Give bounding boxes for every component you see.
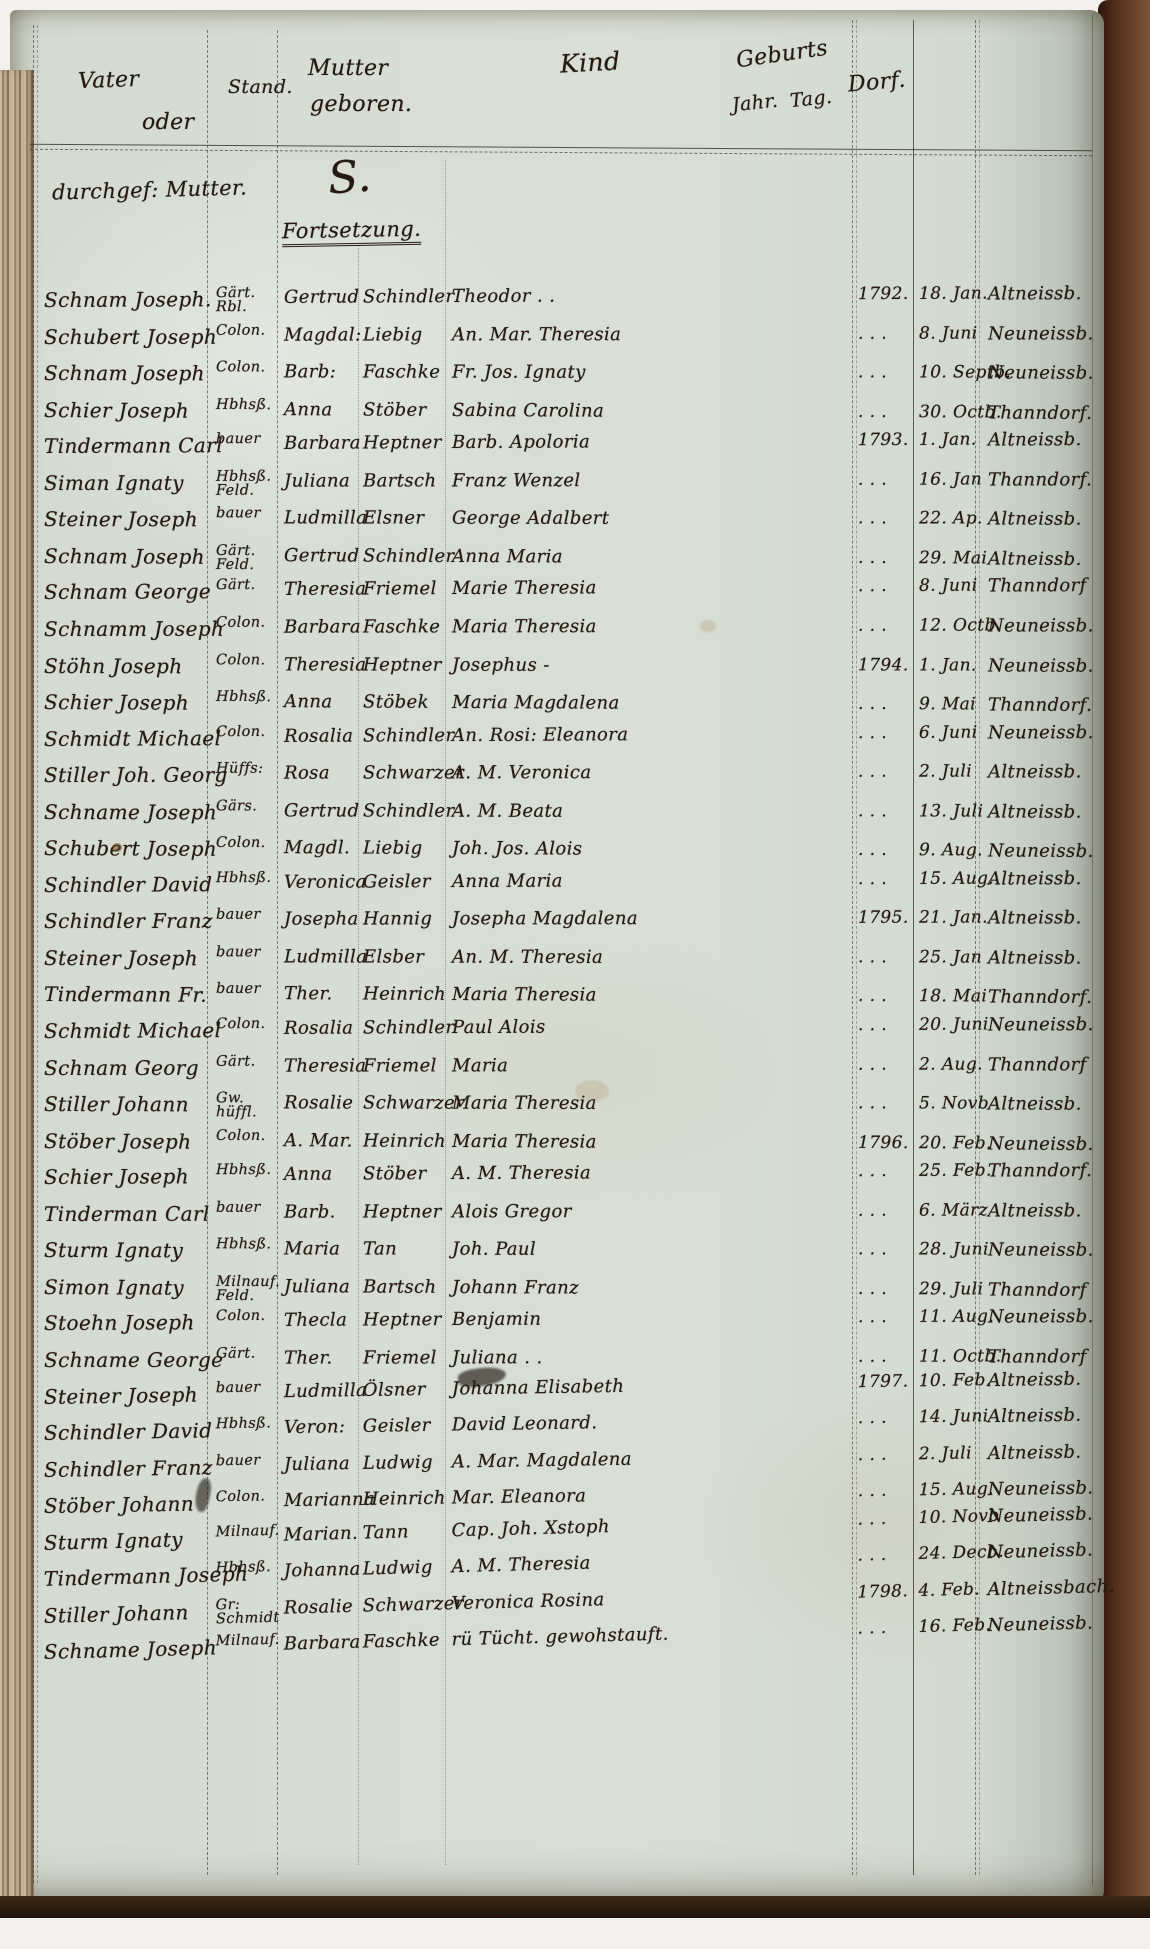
- mother-surname-cell: Schwarzer: [362, 1593, 449, 1616]
- birth-day-cell: 20. Juni: [919, 1015, 983, 1035]
- header-mother-line2: geboren.: [310, 92, 412, 117]
- mother-surname-cell: Friemel: [363, 578, 449, 599]
- father-cell: Schubert Joseph: [44, 836, 214, 861]
- village-cell: Neuneissb.: [987, 1502, 1120, 1526]
- birth-day-cell: 2. Juli: [919, 762, 983, 782]
- mother-given-cell: Rosalie: [283, 1595, 362, 1618]
- stand-cell: Hbhsß.: [215, 1561, 285, 1577]
- father-cell: Steiner Joseph: [44, 507, 214, 531]
- birth-year-cell: . . .: [858, 947, 916, 967]
- birth-year-cell: . . .: [858, 694, 916, 714]
- mother-given-cell: Maria: [284, 1239, 362, 1260]
- birth-day-cell: 20. Feb.: [919, 1133, 983, 1153]
- mother-surname-cell: Heinrich: [363, 1488, 449, 1510]
- birth-year-cell: . . .: [858, 323, 916, 343]
- birth-year-cell: . . .: [858, 801, 916, 821]
- stand-cell: Colon.: [216, 725, 286, 739]
- father-cell: Stöber Johann: [44, 1491, 214, 1518]
- birth-year-cell: 1798.: [857, 1581, 916, 1603]
- mother-surname-cell: Liebig: [363, 838, 449, 859]
- birth-year-cell: . . .: [858, 1161, 916, 1181]
- mother-given-cell: Gertrud: [284, 286, 362, 307]
- child-cell: George Adalbert: [452, 508, 852, 530]
- village-cell: Altneissb.: [988, 548, 1120, 570]
- mother-given-cell: Marian.: [283, 1522, 362, 1545]
- stand-cell: bauer: [216, 1381, 286, 1396]
- father-cell: Siman Ignaty: [44, 470, 214, 494]
- birth-day-cell: 18. Jan.: [919, 284, 983, 304]
- mother-surname-cell: Friemel: [363, 1347, 449, 1368]
- village-cell: Neuneissb.: [988, 1014, 1120, 1036]
- mother-given-cell: Juliana: [284, 470, 362, 491]
- mother-given-cell: Theresia: [284, 654, 362, 675]
- mother-given-cell: Ludmilla: [284, 946, 362, 967]
- father-cell: Schier Joseph: [44, 398, 214, 423]
- subheader-continuation: Fortsetzung.: [282, 217, 422, 247]
- village-cell: Thanndorf.: [988, 402, 1120, 424]
- village-cell: Altneissb.: [988, 283, 1120, 305]
- child-cell: Maria Theresia: [452, 1131, 852, 1154]
- child-cell: Sabina Carolina: [452, 400, 852, 423]
- birth-year-cell: . . .: [858, 1279, 916, 1299]
- father-cell: Schnam George: [44, 580, 214, 605]
- stand-cell: Gärt. Rbl.: [216, 287, 286, 315]
- village-cell: Neuneissb.: [988, 363, 1120, 384]
- register-row: Schname JosephGärs.GertrudSchindlerA. M.…: [0, 800, 1100, 838]
- child-cell: A. M. Beata: [452, 800, 852, 822]
- child-cell: Maria Magdalena: [452, 692, 852, 715]
- birth-day-cell: 29. Mai: [919, 548, 983, 568]
- mother-given-cell: Anna: [284, 691, 362, 712]
- child-cell: Anna Maria: [452, 546, 852, 569]
- birth-day-cell: 11. Aug.: [919, 1307, 983, 1327]
- village-cell: Thanndorf.: [988, 695, 1120, 717]
- birth-year-cell: . . .: [858, 1200, 916, 1220]
- village-cell: Neuneissb.: [988, 1477, 1120, 1500]
- header-stand: Stand.: [228, 76, 293, 98]
- village-cell: Altneissb.: [988, 1404, 1120, 1427]
- stand-cell: Colon.: [216, 324, 286, 338]
- child-cell: Joh. Jos. Alois: [452, 838, 852, 861]
- birth-day-cell: 9. Mai: [919, 694, 983, 714]
- register-row: Stiller Joh. GeorgHüffs:RosaSchwarzerA. …: [0, 761, 1100, 799]
- mother-given-cell: Juliana: [284, 1453, 362, 1475]
- child-cell: An. Rosi: Eleanora: [452, 723, 852, 746]
- child-cell: Juliana . .: [452, 1347, 852, 1369]
- mother-given-cell: Ther.: [284, 1347, 362, 1368]
- mother-surname-cell: Ludwig: [362, 1557, 449, 1580]
- mother-surname-cell: Geisler: [363, 871, 449, 892]
- birth-year-cell: . . .: [858, 548, 916, 568]
- father-cell: Tindermann Joseph: [44, 1563, 215, 1591]
- mother-surname-cell: Faschke: [362, 1630, 449, 1653]
- stand-cell: Gw. hüffl.: [216, 1092, 286, 1120]
- birth-day-cell: 14. Juni: [919, 1406, 983, 1427]
- header-mother-line1: Mutter: [308, 56, 388, 81]
- child-cell: Anna Maria: [452, 869, 852, 892]
- birth-year-cell: . . .: [858, 616, 916, 636]
- child-cell: An. Mar. Theresia: [452, 323, 852, 345]
- father-cell: Stoehn Joseph: [44, 1311, 214, 1336]
- mother-surname-cell: Bartsch: [363, 1276, 449, 1297]
- child-cell: Maria: [452, 1054, 852, 1076]
- birth-day-cell: 21. Jan.: [919, 908, 983, 928]
- stand-cell: bauer: [216, 1454, 286, 1469]
- birth-year-cell: . . .: [858, 469, 916, 489]
- register-row: Schnamm JosephColon.BarbaraFaschkeMaria …: [0, 615, 1100, 653]
- register-row: Siman IgnatyHbhsß. Feld.JulianaBartschFr…: [0, 469, 1100, 507]
- village-cell: Thanndorf.: [988, 469, 1120, 490]
- stand-cell: Hbhsß.: [216, 398, 286, 412]
- father-cell: Schnamm Joseph: [44, 617, 214, 641]
- birth-year-cell: . . .: [858, 576, 916, 596]
- mother-surname-cell: Schindler: [363, 545, 449, 566]
- village-cell: Altneissb.: [988, 1368, 1120, 1391]
- father-cell: Steiner Joseph: [44, 1382, 214, 1409]
- birth-year-cell: . . .: [858, 401, 916, 421]
- stand-cell: Colon.: [216, 617, 286, 631]
- header-father-line2: oder: [142, 110, 194, 135]
- child-cell: Fr. Jos. Ignaty: [452, 362, 852, 384]
- stand-cell: Gärs.: [216, 800, 286, 814]
- stand-cell: bauer: [216, 909, 286, 923]
- village-cell: Altneissb.: [988, 429, 1120, 451]
- mother-surname-cell: Heptner: [363, 654, 449, 675]
- birth-year-cell: . . .: [858, 762, 916, 782]
- mother-surname-cell: Schindler: [363, 800, 449, 821]
- mother-given-cell: Rosalia: [284, 1017, 362, 1038]
- mother-surname-cell: Stöbek: [363, 692, 449, 713]
- register-row: Schnam GeorgeGärt.TheresiaFriemelMarie T…: [0, 575, 1100, 616]
- village-cell: Altneissb.: [988, 761, 1120, 782]
- mother-surname-cell: Elsber: [363, 946, 449, 967]
- register-row: Sturm IgnatyHbhsß.MariaTanJoh. Paul. . .…: [0, 1238, 1100, 1276]
- child-cell: Maria Theresia: [452, 616, 852, 638]
- stand-cell: bauer: [216, 983, 286, 997]
- child-cell: A. M. Theresia: [452, 1161, 852, 1184]
- mother-given-cell: Juliana: [284, 1276, 362, 1297]
- stand-cell: Colon.: [216, 1129, 286, 1143]
- mother-given-cell: Thecla: [284, 1310, 362, 1331]
- register-row: Schnam GeorgGärt.TheresiaFriemelMaria. .…: [0, 1054, 1100, 1092]
- birth-day-cell: 8. Juni: [919, 323, 983, 343]
- header-father-line1: Vater: [78, 67, 140, 94]
- birth-year-cell: . . .: [857, 1617, 916, 1639]
- father-cell: Schubert Joseph: [44, 324, 214, 348]
- child-cell: Marie Theresia: [452, 577, 852, 600]
- mother-given-cell: Barbara: [284, 433, 362, 454]
- mother-given-cell: Anna: [284, 1164, 362, 1185]
- village-cell: Thanndorf.: [988, 987, 1120, 1009]
- birth-year-cell: 1793.: [858, 430, 916, 450]
- stand-cell: Colon.: [216, 654, 286, 668]
- mother-surname-cell: Hannig: [363, 909, 449, 930]
- birth-day-cell: 25. Feb.: [919, 1161, 983, 1181]
- birth-day-cell: 1. Jan.: [919, 655, 983, 675]
- mother-given-cell: Marianna: [284, 1489, 362, 1511]
- father-cell: Stiller Joh. Georg: [44, 763, 214, 787]
- child-cell: A. M. Veronica: [452, 762, 852, 784]
- register-row: Schmidt MichaelColon.RosaliaSchindlerAn.…: [0, 722, 1100, 763]
- child-cell: Franz Wenzel: [452, 469, 852, 491]
- father-cell: Simon Ignaty: [44, 1275, 214, 1300]
- village-cell: Thanndorf: [988, 1054, 1120, 1075]
- village-cell: Neuneissb.: [988, 1306, 1120, 1328]
- header-birth-day: Tag.: [789, 86, 833, 112]
- birth-day-cell: 8. Juni: [919, 576, 983, 596]
- village-cell: Altneissbach.: [987, 1576, 1120, 1600]
- mother-surname-cell: Heptner: [363, 1201, 449, 1222]
- mother-surname-cell: Schwarzer: [363, 762, 449, 783]
- child-cell: Alois Gregor: [452, 1200, 852, 1222]
- village-cell: Neuneissb.: [988, 1240, 1120, 1261]
- village-cell: Neuneissb.: [987, 1612, 1120, 1636]
- mother-given-cell: Rosalie: [284, 1092, 362, 1113]
- father-cell: Schname Joseph: [44, 1636, 215, 1664]
- child-cell: Benjamin: [452, 1308, 852, 1331]
- mother-surname-cell: Ludwig: [363, 1451, 449, 1473]
- birth-year-cell: . . .: [858, 1407, 916, 1428]
- register-row: Stöhn JosephColon.TheresiaHeptnerJosephu…: [0, 653, 1100, 691]
- stand-cell: Gärt. Feld.: [216, 545, 286, 573]
- birth-day-cell: 6. März: [919, 1200, 983, 1220]
- mother-surname-cell: Stöber: [363, 399, 449, 420]
- mother-surname-cell: Heptner: [363, 1309, 449, 1330]
- register-row: Stiller JohannGw. hüffl.RosalieSchwarzer…: [0, 1092, 1100, 1130]
- father-cell: Schier Joseph: [44, 690, 214, 715]
- father-cell: Stiller Johann: [44, 1092, 214, 1116]
- mother-given-cell: Magdal:: [284, 324, 362, 345]
- register-row: Schnam JosephColon.Barb:FaschkeFr. Jos. …: [0, 361, 1100, 399]
- birth-day-cell: 16. Jan: [919, 469, 983, 489]
- mother-given-cell: Veron:: [284, 1416, 362, 1438]
- birth-day-cell: 24. Decb.: [918, 1543, 983, 1565]
- stand-cell: Hbhsß.: [216, 872, 286, 886]
- mother-surname-cell: Tan: [363, 1239, 449, 1260]
- village-cell: Altneissb.: [988, 947, 1120, 968]
- father-cell: Schmidt Michael: [44, 726, 214, 751]
- village-cell: Neuneissb.: [988, 1133, 1120, 1155]
- birth-year-cell: . . .: [858, 986, 916, 1006]
- stand-cell: Colon.: [216, 1018, 286, 1032]
- mother-given-cell: A. Mar.: [284, 1130, 362, 1151]
- birth-day-cell: 9. Aug.: [919, 840, 983, 860]
- child-cell: Theodor . .: [452, 284, 852, 307]
- father-cell: Tindermann Fr.: [44, 982, 214, 1007]
- birth-year-cell: 1795.: [858, 908, 916, 928]
- father-cell: Tinderman Carl: [44, 1201, 214, 1225]
- father-cell: Schnam Georg: [44, 1055, 214, 1079]
- mother-given-cell: Johanna: [283, 1559, 362, 1582]
- birth-day-cell: 10. Septb.: [919, 362, 983, 382]
- stand-cell: bauer: [216, 433, 286, 447]
- stand-cell: Gärt.: [216, 1348, 286, 1362]
- mother-surname-cell: Schindler: [363, 1017, 449, 1038]
- village-cell: Neuneissb.: [988, 841, 1120, 863]
- village-cell: Altneissb.: [988, 801, 1120, 822]
- stand-cell: bauer: [216, 508, 286, 522]
- register-row: Steiner JosephbauerLudmillaElsberAn. M. …: [0, 946, 1100, 984]
- mother-surname-cell: Heinrich: [363, 1130, 449, 1151]
- stand-cell: Milnauf. Feld.: [216, 1276, 286, 1304]
- father-cell: Schnam Joseph: [44, 361, 214, 385]
- mother-given-cell: Ther.: [284, 984, 362, 1005]
- birth-day-cell: 15. Aug.: [919, 1479, 983, 1500]
- village-cell: Altneissb.: [988, 908, 1120, 929]
- birth-day-cell: 13. Juli: [919, 801, 983, 821]
- subheader-left-note: durchgef: Mutter.: [52, 175, 248, 204]
- birth-day-cell: 16. Feb.: [918, 1616, 983, 1638]
- birth-year-cell: . . .: [857, 1508, 916, 1530]
- stand-cell: Hbhsß.: [216, 1239, 286, 1253]
- birth-year-cell: . . .: [858, 1054, 916, 1074]
- birth-day-cell: 11. Octb.: [919, 1346, 983, 1366]
- mother-surname-cell: Heinrich: [363, 984, 449, 1005]
- birth-year-cell: . . .: [858, 722, 916, 742]
- register-row: Schmidt MichaelColon.RosaliaSchindlerPau…: [0, 1014, 1100, 1055]
- mother-given-cell: Rosalia: [284, 725, 362, 746]
- mother-surname-cell: Ölsner: [363, 1378, 449, 1400]
- village-cell: Altneissb.: [988, 509, 1120, 530]
- birth-day-cell: 28. Juni: [919, 1240, 983, 1260]
- register-row: Schindler FranzbauerJosephaHannigJosepha…: [0, 908, 1100, 946]
- mother-given-cell: Ludmilla: [284, 508, 362, 529]
- mother-given-cell: Gertrud: [284, 545, 362, 566]
- birth-day-cell: 29. Juli: [919, 1279, 983, 1299]
- father-cell: Schindler Franz: [44, 909, 214, 933]
- birth-year-cell: . . .: [858, 362, 916, 382]
- birth-day-cell: 6. Juni: [919, 722, 983, 742]
- mother-given-cell: Anna: [284, 399, 362, 420]
- child-cell: Barb. Apoloria: [452, 430, 852, 453]
- birth-day-cell: 10. Feb.: [919, 1370, 983, 1391]
- stand-cell: Gärt.: [216, 1055, 286, 1069]
- mother-surname-cell: Faschke: [363, 362, 449, 383]
- child-cell: Maria Theresia: [452, 1093, 852, 1115]
- village-cell: Neuneissb.: [988, 655, 1120, 676]
- birth-day-cell: 2. Juli: [919, 1443, 983, 1464]
- birth-day-cell: 15. Aug.: [919, 868, 983, 888]
- father-cell: Sturm Ignaty: [44, 1238, 214, 1262]
- child-cell: Maria Theresia: [452, 984, 852, 1007]
- mother-surname-cell: Schindler: [363, 286, 449, 307]
- register-row: Tindermann CarlbauerBarbaraHeptnerBarb. …: [0, 429, 1100, 470]
- birth-day-cell: 30. Octb.: [919, 402, 983, 422]
- father-cell: Schnam Joseph: [44, 544, 214, 569]
- birth-year-cell: . . .: [858, 1480, 916, 1501]
- mother-surname-cell: Schindler: [363, 725, 449, 746]
- stand-cell: Milnauf.: [215, 1524, 285, 1540]
- mother-given-cell: Barbara: [284, 616, 362, 637]
- birth-day-cell: 4. Feb.: [918, 1579, 983, 1601]
- stand-cell: Colon.: [216, 1310, 286, 1324]
- birth-year-cell: . . .: [858, 1347, 916, 1367]
- village-cell: Thanndorf: [988, 1279, 1120, 1301]
- birth-year-cell: . . .: [858, 1307, 916, 1327]
- child-cell: Johann Franz: [452, 1277, 852, 1300]
- birth-year-cell: 1792.: [858, 284, 916, 304]
- father-cell: Sturm Ignaty: [44, 1526, 215, 1554]
- birth-year-cell: 1794.: [858, 655, 916, 675]
- child-cell: Paul Alois: [452, 1015, 852, 1038]
- mother-given-cell: Barbara: [283, 1632, 362, 1655]
- father-cell: Schmidt Michael: [44, 1018, 214, 1043]
- father-cell: Schier Joseph: [44, 1164, 214, 1189]
- father-cell: Tindermann Carl: [44, 433, 214, 458]
- subheader-section-letter: S.: [326, 151, 373, 205]
- child-cell: An. M. Theresia: [452, 947, 852, 969]
- village-cell: Neuneissb.: [988, 615, 1120, 636]
- birth-year-cell: . . .: [858, 840, 916, 860]
- birth-day-cell: 10. Novb: [918, 1506, 983, 1528]
- birth-year-cell: . . .: [858, 1240, 916, 1260]
- stand-cell: bauer: [216, 1201, 286, 1215]
- stand-cell: bauer: [216, 946, 286, 960]
- stand-cell: Hbhsß.: [216, 691, 286, 705]
- birth-year-cell: 1797.: [858, 1371, 916, 1392]
- village-cell: Neuneissb.: [987, 1539, 1120, 1563]
- header-village: Dorf.: [847, 68, 907, 98]
- mother-surname-cell: Heptner: [363, 432, 449, 453]
- stand-cell: Gärt.: [216, 579, 286, 593]
- mother-given-cell: Barb:: [284, 361, 362, 382]
- mother-given-cell: Ludmilla: [284, 1379, 362, 1401]
- birth-day-cell: 2. Aug.: [919, 1054, 983, 1074]
- mother-given-cell: Theresia: [284, 1055, 362, 1076]
- mother-given-cell: Barb.: [284, 1201, 362, 1222]
- child-cell: Josepha Magdalena: [452, 908, 852, 930]
- father-cell: Schnam Joseph.: [44, 287, 214, 312]
- mother-surname-cell: Schwarzer: [363, 1093, 449, 1114]
- header-child: Kind: [559, 46, 621, 78]
- register-row: Schnam Joseph.Gärt. Rbl.GertrudSchindler…: [0, 283, 1100, 324]
- mother-surname-cell: Geisler: [363, 1415, 449, 1437]
- stand-cell: Colon.: [216, 1490, 286, 1505]
- birth-year-cell: . . .: [858, 1093, 916, 1113]
- birth-day-cell: 12. Octb.: [919, 615, 983, 635]
- birth-day-cell: 5. Novb: [919, 1093, 983, 1113]
- birth-day-cell: 1. Jan.: [919, 430, 983, 450]
- mother-given-cell: Josepha: [284, 909, 362, 930]
- stand-cell: Gr: Schmidt: [215, 1597, 286, 1626]
- birth-year-cell: . . .: [858, 1015, 916, 1035]
- stand-cell: Hbhsß.: [216, 1417, 286, 1432]
- village-cell: Thanndorf: [988, 575, 1120, 597]
- birth-year-cell: . . .: [858, 869, 916, 889]
- village-cell: Thanndorf: [988, 1346, 1120, 1367]
- mother-surname-cell: Liebig: [363, 324, 449, 345]
- village-cell: Neuneissb.: [988, 323, 1120, 344]
- stand-cell: Colon.: [216, 361, 286, 375]
- mother-given-cell: Veronica: [284, 871, 362, 892]
- mother-surname-cell: Bartsch: [363, 470, 449, 491]
- mother-given-cell: Rosa: [284, 763, 362, 784]
- register-row: Tinderman CarlbauerBarb.HeptnerAlois Gre…: [0, 1200, 1100, 1238]
- stand-cell: Colon.: [216, 837, 286, 851]
- register-row: Stoehn JosephColon.TheclaHeptnerBenjamin…: [0, 1306, 1100, 1347]
- father-cell: Schindler David: [44, 1418, 214, 1445]
- mother-surname-cell: Faschke: [363, 616, 449, 637]
- father-cell: Stöber Joseph: [44, 1129, 214, 1154]
- child-cell: Joh. Paul: [452, 1239, 852, 1261]
- birth-day-cell: 22. Ap.: [919, 509, 983, 529]
- birth-day-cell: 18. Mai: [919, 987, 983, 1007]
- father-cell: Schindler Franz: [44, 1455, 214, 1482]
- mother-given-cell: Magdl.: [284, 837, 362, 858]
- father-cell: Schname George: [44, 1348, 214, 1372]
- register-row: Schindler DavidHbhsß.VeronicaGeislerAnna…: [0, 868, 1100, 909]
- village-cell: Neuneissb.: [988, 722, 1120, 744]
